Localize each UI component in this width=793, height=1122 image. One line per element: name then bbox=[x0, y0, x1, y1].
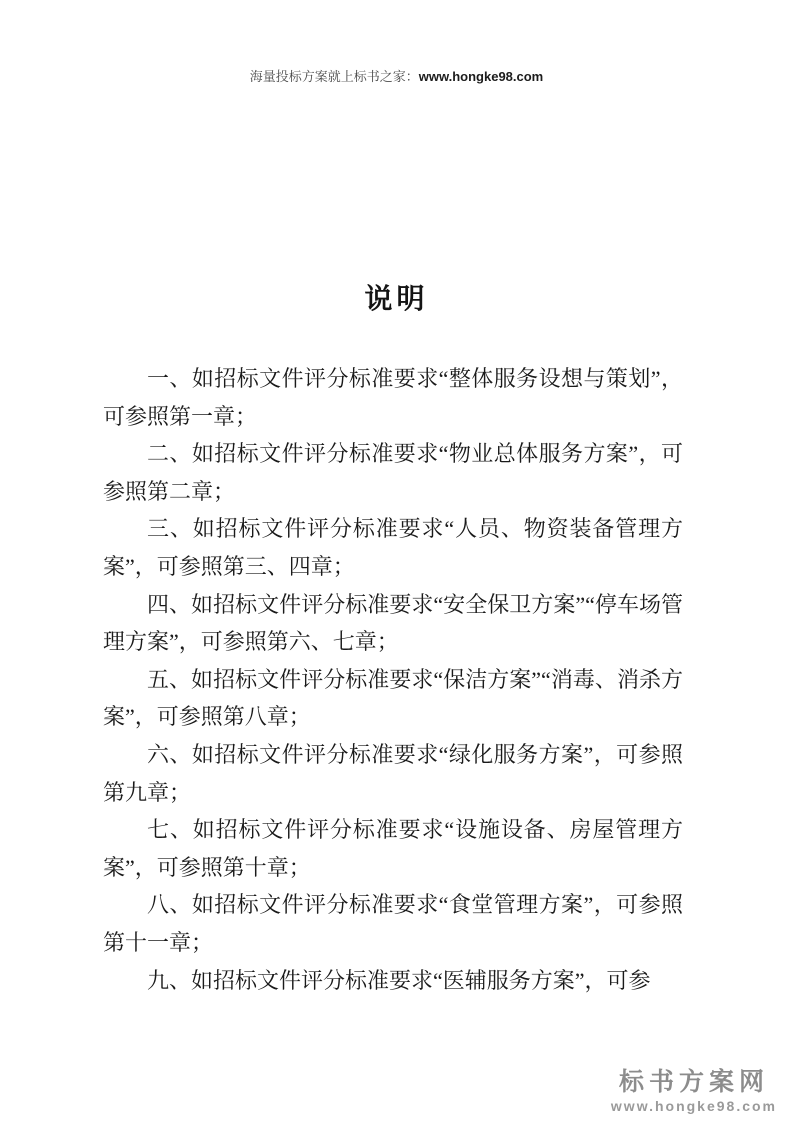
document-page: 海量投标方案就上标书之家：www.hongke98.com 说明 一、如招标文件… bbox=[0, 0, 793, 1122]
body-paragraph: 九、如招标文件评分标准要求“医辅服务方案”，可参 bbox=[103, 962, 683, 1000]
body-paragraph: 五、如招标文件评分标准要求“保洁方案”“消毒、消杀方案”，可参照第八章； bbox=[103, 661, 683, 736]
watermark-brand: 标书方案网 bbox=[611, 1069, 777, 1096]
header-url: www.hongke98.com bbox=[419, 69, 544, 84]
document-body: 一、如招标文件评分标准要求“整体服务设想与策划”，可参照第一章； 二、如招标文件… bbox=[103, 360, 683, 999]
watermark-url: www.hongke98.com bbox=[611, 1098, 777, 1114]
header-slogan: 海量投标方案就上标书之家： bbox=[250, 69, 419, 84]
body-paragraph: 二、如招标文件评分标准要求“物业总体服务方案”，可参照第二章； bbox=[103, 435, 683, 510]
body-paragraph: 一、如招标文件评分标准要求“整体服务设想与策划”，可参照第一章； bbox=[103, 360, 683, 435]
page-header: 海量投标方案就上标书之家：www.hongke98.com bbox=[0, 68, 793, 86]
body-paragraph: 四、如招标文件评分标准要求“安全保卫方案”“停车场管理方案”，可参照第六、七章； bbox=[103, 586, 683, 661]
body-paragraph: 六、如招标文件评分标准要求“绿化服务方案”，可参照第九章； bbox=[103, 736, 683, 811]
site-watermark: 标书方案网 www.hongke98.com bbox=[611, 1069, 777, 1114]
body-paragraph: 三、如招标文件评分标准要求“人员、物资装备管理方案”，可参照第三、四章； bbox=[103, 510, 683, 585]
document-title: 说明 bbox=[0, 284, 793, 316]
body-paragraph: 八、如招标文件评分标准要求“食堂管理方案”，可参照第十一章； bbox=[103, 886, 683, 961]
body-paragraph: 七、如招标文件评分标准要求“设施设备、房屋管理方案”，可参照第十章； bbox=[103, 811, 683, 886]
